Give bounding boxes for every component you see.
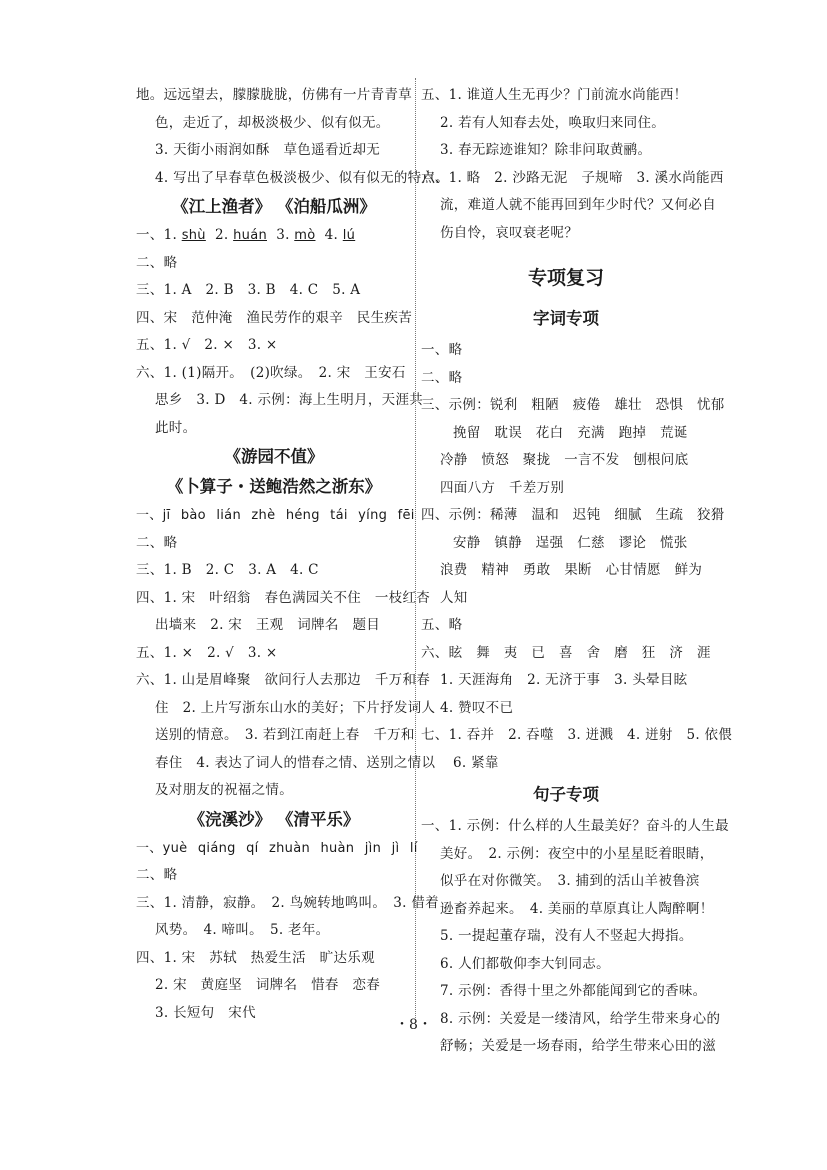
text-line: 美好。 2. 示例：夜空中的小星星眨着眼睛， [421, 841, 711, 869]
text-line: 伤自怜，哀叹衰老呢？ [421, 220, 711, 248]
text-line: 七、1. 吞并 2. 吞噬 3. 迸溅 4. 迸射 5. 依偎 [421, 722, 711, 750]
text-line: 3. 春无踪迹谁知？除非问取黄鹂。 [421, 137, 711, 165]
text-line: 1. 天涯海角 2. 无济于事 3. 头晕目眩 [421, 667, 711, 695]
text-line: 五、1. × 2. √ 3. × [136, 640, 412, 668]
text-line: 二、略 [136, 530, 412, 558]
text-line: 此时。 [136, 415, 412, 443]
text-line: 4. 赞叹不已 [421, 695, 711, 723]
item-number: 3. [276, 227, 294, 243]
text-line: 四面八方 千差万别 [421, 475, 711, 503]
text-line: 六、1. 略 2. 沙路无泥 子规啼 3. 溪水尚能西 [421, 165, 711, 193]
text-line: 思乡 3. D 4. 示例：海上生明月，天涯共 [136, 387, 412, 415]
text-line: 五、略 [421, 612, 711, 640]
text-line: 6. 人们都敬仰李大钊同志。 [421, 951, 711, 979]
column-divider [415, 78, 416, 1018]
text-line: 7. 示例：香得十里之外都能闻到它的香味。 [421, 978, 711, 1006]
text-line: 风势。 4. 啼叫。 5. 老年。 [136, 917, 412, 945]
text-line: 地。远远望去，朦朦胧胧，仿佛有一片青青草 [136, 82, 412, 110]
text-line: 六、1. 山是眉峰聚 欲问行人去那边 千万和春 [136, 667, 412, 695]
left-column: 地。远远望去，朦朦胧胧，仿佛有一片青青草 色，走近了，却极淡极少、似有似无。 3… [136, 82, 412, 1027]
text-line: 四、1. 宋 苏轼 热爱生活 旷达乐观 [136, 945, 412, 973]
text-line: 3. 天街小雨润如酥 草色遥看近却无 [136, 137, 412, 165]
section-title: 《卜算子・送鲍浩然之浙东》 [136, 472, 412, 502]
question-number: 一、 [136, 227, 164, 243]
text-line: 冷静 愤怒 聚拢 一言不发 刨根问底 [421, 447, 711, 475]
text-line: 似乎在对你微笑。 3. 捕到的活山羊被鲁滨 [421, 868, 711, 896]
text-line: 六、眩 舞 夷 已 喜 舍 磨 狂 济 涯 [421, 640, 711, 668]
item-number: 2. [215, 227, 233, 243]
text-line: 5. 一提起董存瑞，没有人不竖起大拇指。 [421, 923, 711, 951]
text-line: 浪费 精神 勇敢 果断 心甘情愿 鲜为 [421, 557, 711, 585]
section-title: 字词专项 [421, 301, 711, 337]
text-line: 挽留 耽误 花白 充满 跑掉 荒诞 [421, 420, 711, 448]
text-line: 2. 宋 黄庭坚 词牌名 惜春 恋春 [136, 972, 412, 1000]
text-line: 住 2. 上片写浙东山水的美好；下片抒发词人 [136, 695, 412, 723]
text-line: 及对朋友的祝福之情。 [136, 777, 412, 805]
text-line: 三、1. A 2. B 3. B 4. C 5. A [136, 277, 412, 305]
text-line: 逊畜养起来。 4. 美丽的草原真让人陶醉啊！ [421, 896, 711, 924]
pinyin-answer-line: 一、1. shù 2. huán 3. mò 4. lú [136, 222, 412, 250]
text-line: 舒畅；关爱是一场春雨，给学生带来心田的滋 [421, 1033, 711, 1061]
text-line: 四、1. 宋 叶绍翁 春色满园关不住 一枝红杏 [136, 585, 412, 613]
pinyin-answer: lú [343, 228, 355, 243]
text-line: 五、1. √ 2. × 3. × [136, 332, 412, 360]
section-title: 句子专项 [421, 777, 711, 813]
text-line: 三、1. B 2. C 3. A 4. C [136, 557, 412, 585]
text-line: 四、宋 范仲淹 渔民劳作的艰辛 民生疾苦 [136, 305, 412, 333]
pinyin-answer: shù [182, 228, 206, 243]
pinyin-answer: huán [233, 228, 267, 243]
text-line: 一、略 [421, 337, 711, 365]
section-title: 《游园不值》 [136, 442, 412, 472]
pinyin-answer: mò [294, 228, 315, 243]
text-line: 送别的情意。 3. 若到江南赶上春 千万和 [136, 722, 412, 750]
chapter-title: 专项复习 [421, 255, 711, 301]
right-column: 五、1. 谁道人生无再少？门前流水尚能西！ 2. 若有人知春去处，唤取归来同住。… [421, 82, 711, 1061]
text-line: 流，难道人就不能再回到年少时代？又何必自 [421, 192, 711, 220]
text-line: 四、示例：稀薄 温和 迟钝 细腻 生疏 狡猾 [421, 502, 711, 530]
item-number: 1. [164, 227, 182, 243]
text-line: 安静 镇静 逞强 仁慈 谬论 慌张 [421, 530, 711, 558]
text-line: 六、1. (1)隔开。 (2)吹绿。 2. 宋 王安石 [136, 360, 412, 388]
text-line: 三、1. 清静，寂静。 2. 鸟婉转地鸣叫。 3. 借着 [136, 890, 412, 918]
text-line: 五、1. 谁道人生无再少？门前流水尚能西！ [421, 82, 711, 110]
pinyin-line: 一、jī bào lián zhè héng tái yíng fēi [136, 502, 412, 530]
text-line: 一、1. 示例：什么样的人生最美好？奋斗的人生最 [421, 813, 711, 841]
section-title: 《浣溪沙》 《清平乐》 [136, 805, 412, 835]
pinyin-line: 一、yuè qiáng qí zhuàn huàn jìn jì lí [136, 835, 412, 863]
text-line: 6. 紧靠 [421, 750, 711, 778]
item-number: 4. [325, 227, 343, 243]
text-line: 二、略 [136, 250, 412, 278]
section-title: 《江上渔者》 《泊船瓜洲》 [136, 192, 412, 222]
text-line: 春住 4. 表达了词人的惜春之情、送别之情以 [136, 750, 412, 778]
text-line: 二、略 [136, 862, 412, 890]
page-number: ・8・ [0, 1014, 827, 1034]
text-line: 2. 若有人知春去处，唤取归来同住。 [421, 110, 711, 138]
text-line: 三、示例：锐利 粗陋 疲倦 雄壮 恐惧 忧郁 [421, 392, 711, 420]
text-line: 二、略 [421, 365, 711, 393]
text-line: 4. 写出了早春草色极淡极少、似有似无的特点。 [136, 165, 412, 193]
text-line: 色，走近了，却极淡极少、似有似无。 [136, 110, 412, 138]
text-line: 出墙来 2. 宋 王观 词牌名 题目 [136, 612, 412, 640]
text-line: 人知 [421, 585, 711, 613]
